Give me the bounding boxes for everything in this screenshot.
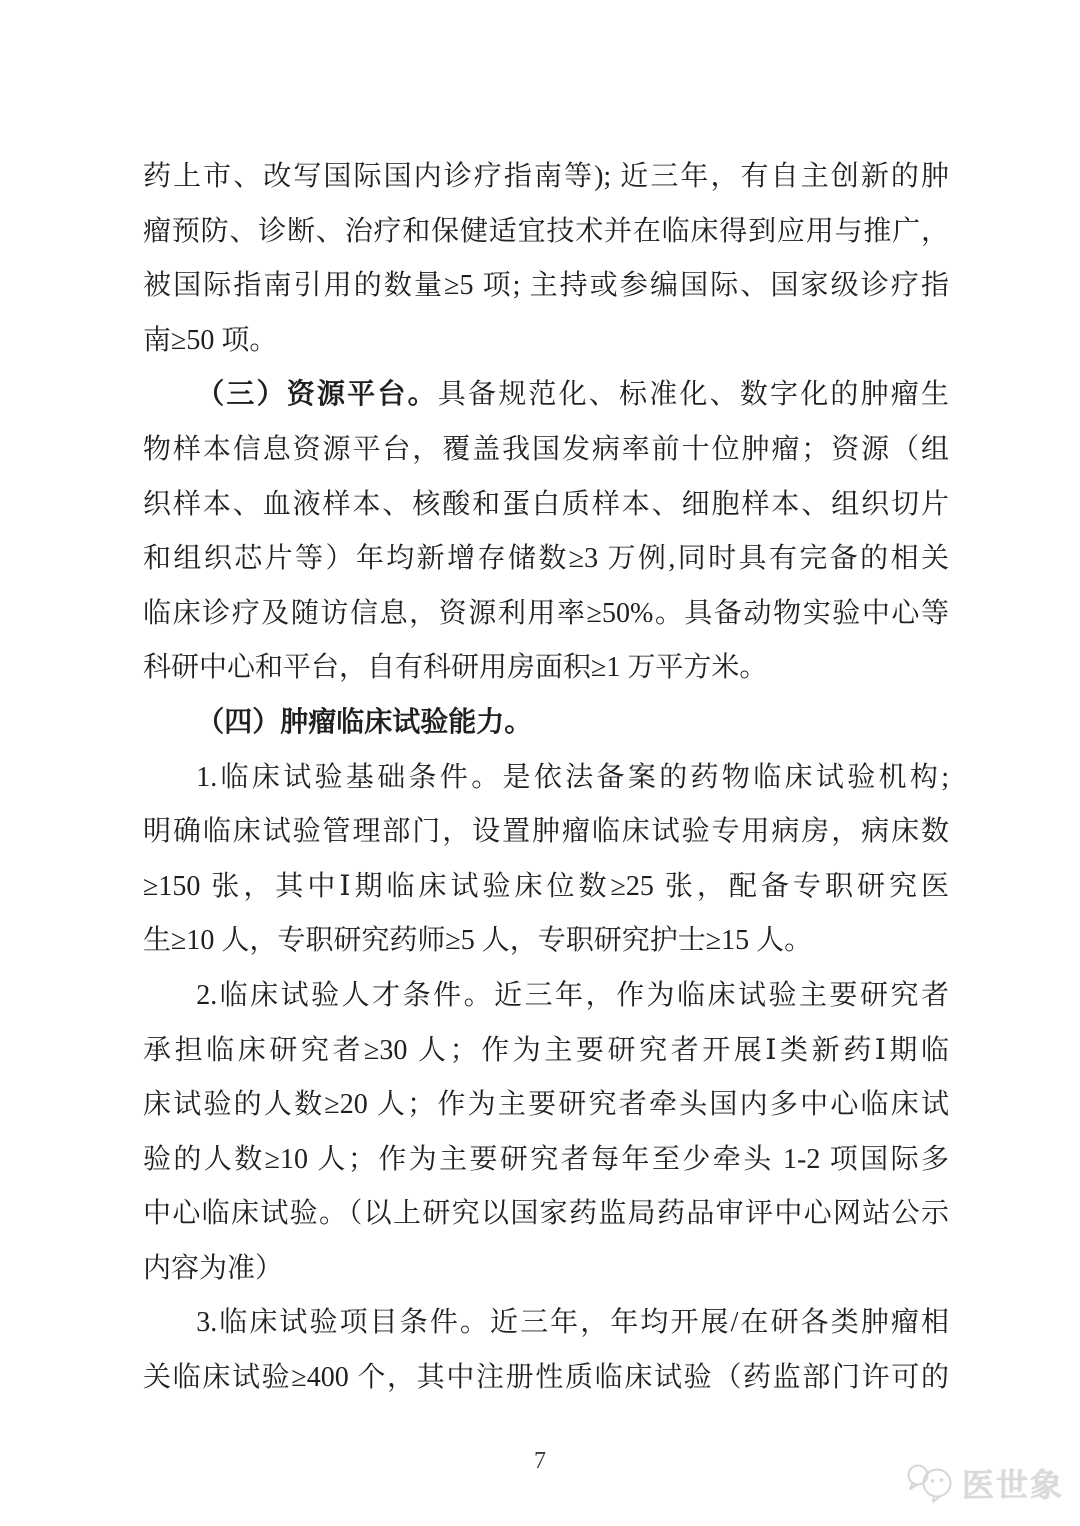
- text-line: 临床诊疗及随访信息，资源利用率≥50%。具备动物实验中心等: [143, 587, 949, 642]
- text-line: 验的人数≥10 人；作为主要研究者每年至少牵头 1-2 项国际多: [143, 1133, 949, 1188]
- text-segment: 临床诊疗及随访信息，资源利用率≥50%。具备动物实验中心等: [143, 598, 949, 629]
- text-line: 织样本、血液样本、核酸和蛋白质样本、细胞样本、组织切片: [143, 478, 949, 533]
- text-line: 被国际指南引用的数量≥5 项; 主持或参编国际、国家级诊疗指: [143, 259, 949, 314]
- text-segment: 织样本、血液样本、核酸和蛋白质样本、细胞样本、组织切片: [143, 489, 949, 520]
- text-segment: 2.临床试验人才条件。近三年，作为临床试验主要研究者: [196, 980, 949, 1011]
- document-body: 药上市、改写国际国内诊疗指南等); 近三年，有自主创新的肿瘤预防、诊断、治疗和保…: [143, 150, 949, 1406]
- text-segment: 南≥50 项。: [143, 325, 277, 356]
- text-line: 床试验的人数≥20 人；作为主要研究者牵头国内多中心临床试: [143, 1078, 949, 1133]
- watermark-label: 医世象: [962, 1460, 1064, 1506]
- text-segment: 明确临床试验管理部门，设置肿瘤临床试验专用病房，病床数: [143, 816, 949, 847]
- text-line: 中心临床试验。（以上研究以国家药监局药品审评中心网站公示: [143, 1187, 949, 1242]
- text-segment: 承担临床研究者≥30 人；作为主要研究者开展Ⅰ类新药Ⅰ期临: [143, 1035, 949, 1066]
- text-line: 1.临床试验基础条件。是依法备案的药物临床试验机构;: [143, 751, 949, 806]
- text-line: （三）资源平台。具备规范化、标准化、数字化的肿瘤生: [143, 368, 949, 423]
- text-line: （四）肿瘤临床试验能力。: [143, 696, 949, 751]
- text-segment: 被国际指南引用的数量≥5 项; 主持或参编国际、国家级诊疗指: [143, 270, 949, 301]
- text-segment: 中心临床试验。（以上研究以国家药监局药品审评中心网站公示: [143, 1198, 949, 1229]
- text-line: 药上市、改写国际国内诊疗指南等); 近三年，有自主创新的肿: [143, 150, 949, 205]
- text-segment: 验的人数≥10 人；作为主要研究者每年至少牵头 1-2 项国际多: [143, 1144, 949, 1175]
- page-number: 7: [534, 1448, 546, 1474]
- text-segment: 内容为准）: [143, 1253, 283, 1284]
- watermark: 医世象: [904, 1460, 1064, 1506]
- text-line: 瘤预防、诊断、治疗和保健适宜技术并在临床得到应用与推广，: [143, 205, 949, 260]
- text-segment: 1.临床试验基础条件。是依法备案的药物临床试验机构;: [196, 762, 949, 793]
- bold-text-segment: （三）资源平台。: [196, 379, 438, 410]
- text-line: 2.临床试验人才条件。近三年，作为临床试验主要研究者: [143, 969, 949, 1024]
- text-line: 关临床试验≥400 个，其中注册性质临床试验（药监部门许可的: [143, 1351, 949, 1406]
- text-line: 内容为准）: [143, 1242, 949, 1297]
- text-line: 3.临床试验项目条件。近三年，年均开展/在研各类肿瘤相: [143, 1296, 949, 1351]
- text-segment: 生≥10 人，专职研究药师≥5 人，专职研究护士≥15 人。: [143, 925, 812, 956]
- text-line: 和组织芯片等）年均新增存储数≥3 万例,同时具有完备的相关: [143, 532, 949, 587]
- text-line: 明确临床试验管理部门，设置肿瘤临床试验专用病房，病床数: [143, 805, 949, 860]
- bold-text-segment: （四）肿瘤临床试验能力。: [196, 707, 532, 738]
- text-segment: 瘤预防、诊断、治疗和保健适宜技术并在临床得到应用与推广，: [143, 216, 949, 247]
- text-line: 生≥10 人，专职研究药师≥5 人，专职研究护士≥15 人。: [143, 914, 949, 969]
- text-segment: 物样本信息资源平台，覆盖我国发病率前十位肿瘤；资源（组: [143, 434, 949, 465]
- text-segment: 关临床试验≥400 个，其中注册性质临床试验（药监部门许可的: [143, 1362, 949, 1393]
- text-segment: 床试验的人数≥20 人；作为主要研究者牵头国内多中心临床试: [143, 1089, 949, 1120]
- text-segment: 药上市、改写国际国内诊疗指南等); 近三年，有自主创新的肿: [143, 161, 949, 192]
- text-segment: ≥150 张，其中Ⅰ期临床试验床位数≥25 张，配备专职研究医: [143, 871, 949, 902]
- text-line: 物样本信息资源平台，覆盖我国发病率前十位肿瘤；资源（组: [143, 423, 949, 478]
- wechat-icon: [904, 1460, 956, 1506]
- text-line: 科研中心和平台，自有科研用房面积≥1 万平方米。: [143, 641, 949, 696]
- text-line: 南≥50 项。: [143, 314, 949, 369]
- text-line: ≥150 张，其中Ⅰ期临床试验床位数≥25 张，配备专职研究医: [143, 860, 949, 915]
- document-page: 药上市、改写国际国内诊疗指南等); 近三年，有自主创新的肿瘤预防、诊断、治疗和保…: [0, 0, 1080, 1526]
- text-segment: 和组织芯片等）年均新增存储数≥3 万例,同时具有完备的相关: [143, 543, 949, 574]
- text-line: 承担临床研究者≥30 人；作为主要研究者开展Ⅰ类新药Ⅰ期临: [143, 1024, 949, 1079]
- text-segment: 3.临床试验项目条件。近三年，年均开展/在研各类肿瘤相: [196, 1307, 949, 1338]
- text-segment: 科研中心和平台，自有科研用房面积≥1 万平方米。: [143, 652, 767, 683]
- text-segment: 具备规范化、标准化、数字化的肿瘤生: [438, 379, 949, 410]
